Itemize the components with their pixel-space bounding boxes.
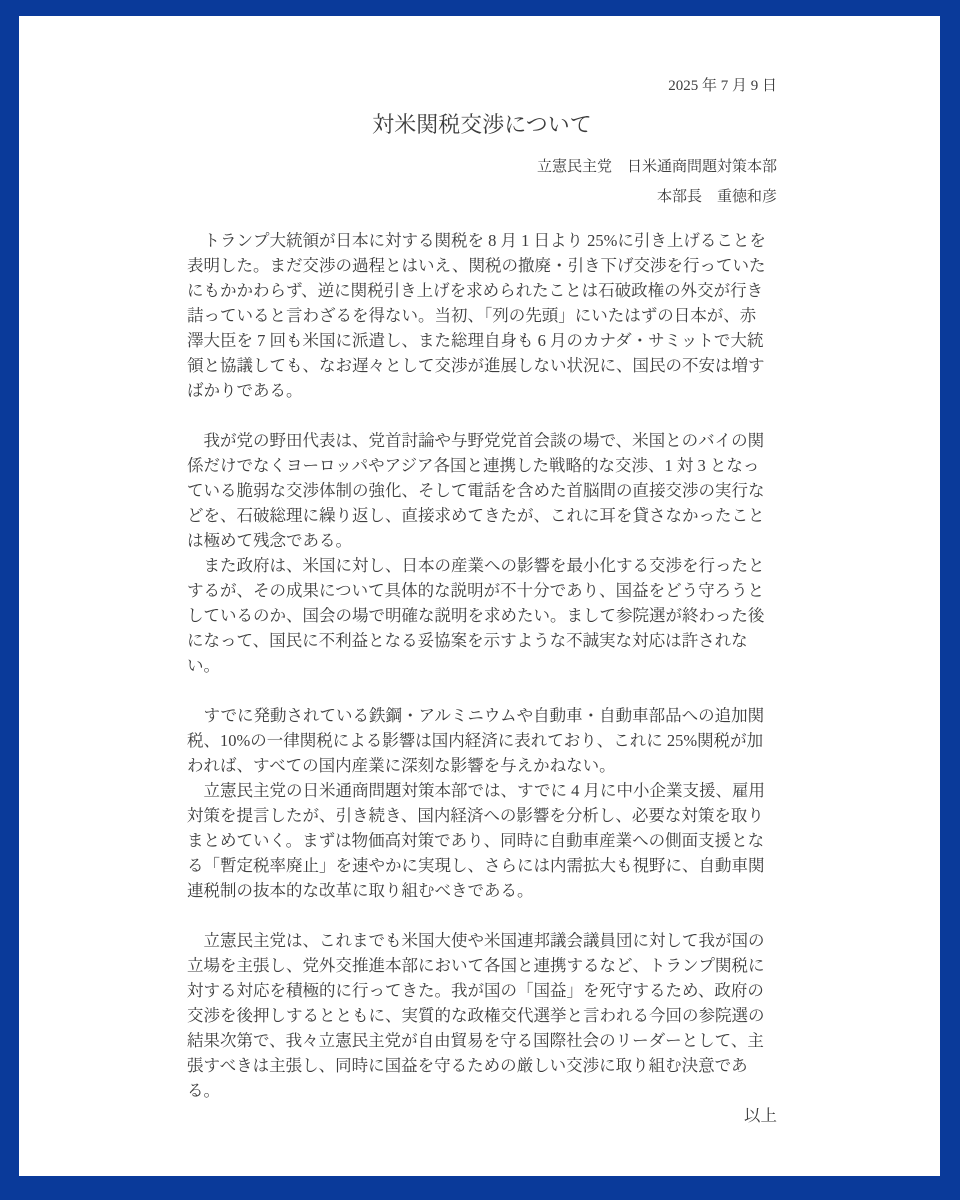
text-line: 詰っていると言わざるを得ない。当初、「列の先頭」にいたはずの日本が、赤: [187, 303, 777, 328]
text-line: 係だけでなくヨーロッパやアジア各国と連携した戦略的な交渉、1 対 3 となっ: [187, 453, 777, 478]
paragraph-1: トランプ大統領が日本に対する関税を 8 月 1 日より 25%に引き上げることを…: [187, 228, 777, 403]
text-line: まとめていく。まずは物価高対策であり、同時に自動車産業への側面支援とな: [187, 828, 777, 853]
document-page: 2025 年 7 月 9 日 対米関税交渉について 立憲民主党 日米通商問題対策…: [19, 16, 940, 1176]
paragraph-3: また政府は、米国に対し、日本の産業への影響を最小化する交渉を行ったとするが、その…: [187, 553, 777, 678]
text-line: 対策を提言したが、引き続き、国内経済への影響を分析し、必要な対策を取り: [187, 803, 777, 828]
text-line: 立場を主張し、党外交推進本部において各国と連携するなど、トランプ関税に: [187, 953, 777, 978]
text-line: しているのか、国会の場で明確な説明を求めたい。まして参院選が終わった後: [187, 603, 777, 628]
document-title: 対米関税交渉について: [187, 110, 777, 140]
text-line: ている脆弱な交渉体制の強化、そして電話を含めた首脳間の直接交渉の実行な: [187, 478, 777, 503]
document-body: トランプ大統領が日本に対する関税を 8 月 1 日より 25%に引き上げることを…: [187, 228, 777, 1103]
text-line: る「暫定税率廃止」を速やかに実現し、さらには内需拡大も視野に、自動車関: [187, 853, 777, 878]
text-line: 税、10%の一律関税による影響は国内経済に表れており、これに 25%関税が加: [187, 728, 777, 753]
text-line: 立憲民主党の日米通商問題対策本部では、すでに 4 月に中小企業支援、雇用: [187, 778, 777, 803]
paragraph-2: 我が党の野田代表は、党首討論や与野党党首会談の場で、米国とのバイの関係だけでなく…: [187, 428, 777, 553]
paragraph-5: 立憲民主党の日米通商問題対策本部では、すでに 4 月に中小企業支援、雇用対策を提…: [187, 778, 777, 903]
text-line: 結果次第で、我々立憲民主党が自由貿易を守る国際社会のリーダーとして、主: [187, 1028, 777, 1053]
sender-organization: 立憲民主党 日米通商問題対策本部: [187, 152, 777, 182]
text-line: 領と協議しても、なお遅々として交渉が進展しない状況に、国民の不安は増す: [187, 353, 777, 378]
sender-person-name: 本部長 重徳和彦: [187, 182, 777, 212]
text-line: するが、その成果について具体的な説明が不十分であり、国益をどう守ろうと: [187, 578, 777, 603]
text-line: 対する対応を積極的に行ってきた。我が国の「国益」を死守するため、政府の: [187, 978, 777, 1003]
text-line: ばかりである。: [187, 378, 777, 403]
document-date: 2025 年 7 月 9 日: [187, 76, 777, 96]
closing-label: 以上: [187, 1103, 777, 1128]
text-line: われば、すべての国内産業に深刻な影響を与えかねない。: [187, 753, 777, 778]
paragraph-6: 立憲民主党は、これまでも米国大使や米国連邦議会議員団に対して我が国の立場を主張し…: [187, 928, 777, 1103]
text-line: は極めて残念である。: [187, 528, 777, 553]
text-line: になって、国民に不利益となる妥協案を示すような不誠実な対応は許されな: [187, 628, 777, 653]
text-line: 張すべきは主張し、同時に国益を守るための厳しい交渉に取り組む決意であ: [187, 1053, 777, 1078]
text-line: 表明した。まだ交渉の過程とはいえ、関税の撤廃・引き下げ交渉を行っていた: [187, 253, 777, 278]
paragraph-4: すでに発動されている鉄鋼・アルミニウムや自動車・自動車部品への追加関税、10%の…: [187, 703, 777, 778]
text-line: る。: [187, 1078, 777, 1103]
text-line: 連税制の抜本的な改革に取り組むべきである。: [187, 878, 777, 903]
text-line: 澤大臣を 7 回も米国に派遣し、また総理自身も 6 月のカナダ・サミットで大統: [187, 328, 777, 353]
text-line: すでに発動されている鉄鋼・アルミニウムや自動車・自動車部品への追加関: [187, 703, 777, 728]
text-line: どを、石破総理に繰り返し、直接求めてきたが、これに耳を貸さなかったこと: [187, 503, 777, 528]
text-line: い。: [187, 653, 777, 678]
document-background: { "page": { "colors": { "border_blue": "…: [0, 0, 960, 1200]
text-line: 我が党の野田代表は、党首討論や与野党党首会談の場で、米国とのバイの関: [187, 428, 777, 453]
text-line: 交渉を後押しするとともに、実質的な政権交代選挙と言われる今回の参院選の: [187, 1003, 777, 1028]
text-line: にもかかわらず、逆に関税引き上げを求められたことは石破政権の外交が行き: [187, 278, 777, 303]
text-line: また政府は、米国に対し、日本の産業への影響を最小化する交渉を行ったと: [187, 553, 777, 578]
text-line: トランプ大統領が日本に対する関税を 8 月 1 日より 25%に引き上げることを: [187, 228, 777, 253]
text-line: 立憲民主党は、これまでも米国大使や米国連邦議会議員団に対して我が国の: [187, 928, 777, 953]
